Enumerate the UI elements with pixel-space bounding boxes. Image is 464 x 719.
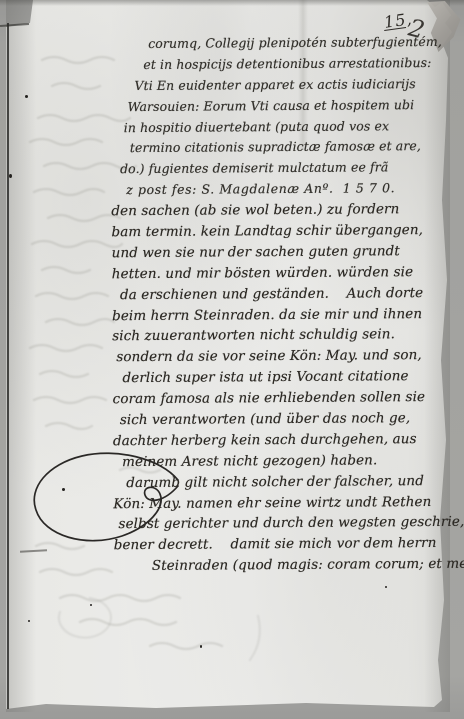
manuscript-line: und wen sie nur der sachen guten grundt bbox=[112, 241, 457, 264]
manuscript-line: beim herrn Steinraden. da sie mir und ih… bbox=[112, 303, 457, 326]
ink-speck bbox=[90, 604, 92, 606]
manuscript-line: Vti En euidenter apparet ex actis iudici… bbox=[110, 74, 455, 97]
pen-flourish bbox=[28, 448, 180, 560]
manuscript-line: den sachen (ab sie wol beten.) zu forder… bbox=[111, 199, 456, 222]
manuscript-line: Warsouien: Eorum Vti causa et hospitem u… bbox=[111, 94, 456, 117]
manuscript-line: da erschienen und geständen. Auch dorte bbox=[112, 282, 457, 305]
manuscript-line: do.) fugientes demiserit mulctatum ee fr… bbox=[111, 157, 456, 180]
manuscript-line: coram famosa als nie erhliebenden sollen… bbox=[113, 387, 458, 410]
ink-speck bbox=[28, 620, 30, 622]
binding-shadow bbox=[6, 0, 36, 712]
scan-background: 15, 2 corumq, Collegij plenipotén subter… bbox=[0, 0, 464, 719]
ink-speck bbox=[200, 645, 202, 648]
ink-speck bbox=[9, 174, 12, 178]
manuscript-line: sondern da sie vor seine Kön: May. und s… bbox=[112, 345, 457, 368]
binding-edge-line bbox=[7, 23, 9, 709]
page-top-edge bbox=[0, 0, 464, 6]
manuscript-line: sich verantworten (und über das noch ge, bbox=[113, 408, 458, 431]
ink-speck bbox=[385, 586, 387, 588]
manuscript-line: bam termin. kein Landtag schir übergange… bbox=[111, 220, 456, 243]
manuscript-line: termino citationis supradictæ famosæ et … bbox=[111, 136, 456, 159]
manuscript-line: corumq, Collegij plenipotén subterfugien… bbox=[110, 32, 455, 55]
ink-speck bbox=[62, 488, 65, 491]
manuscript-line: hetten. und mir bösten würden. würden si… bbox=[112, 262, 457, 285]
manuscript-line: in hospitio diuertebant (puta quod vos e… bbox=[111, 115, 456, 138]
manuscript-line: z post fes: S. Magdalenæ Anº. 1 5 7 0. bbox=[111, 178, 456, 201]
manuscript-line: sich zuuerantworten nicht schuldig sein. bbox=[112, 324, 457, 347]
manuscript-line: derlich super ista ut ipsi Vocant citati… bbox=[112, 366, 457, 389]
manuscript-line: et in hospicijs detentionibus arrestatio… bbox=[110, 53, 455, 76]
ink-speck bbox=[25, 95, 28, 98]
